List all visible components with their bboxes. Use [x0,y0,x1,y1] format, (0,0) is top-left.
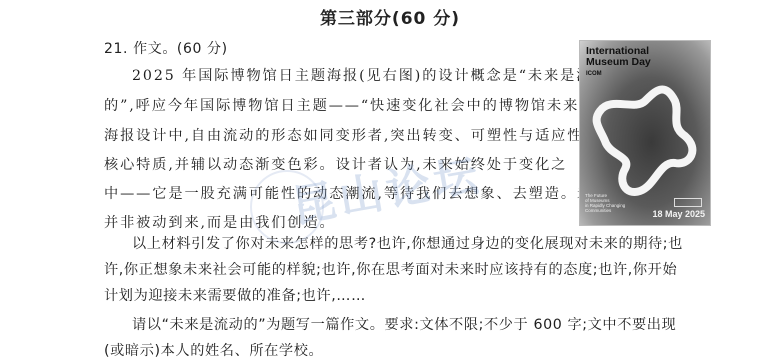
prompt-line: 许,你正想象未来社会可能的样貌;也许,你在思考面对未来时应该持有的态度;也许,你… [104,259,677,279]
poster-title: International Museum Day [586,46,651,68]
prompt-line: 计划为迎接未来需要做的准备;也许,…… [104,285,366,305]
poster-footer: The Future of Museums in Rapidly Changin… [585,193,640,213]
poster-title-line: Museum Day [586,57,651,68]
requirement-line: (或暗示)本人的姓名、所在学校。 [104,340,323,360]
question-number: 21. 作文。(60 分) [104,38,228,58]
poster-date: 18 May 2025 [652,209,705,219]
material-line: 并非被动到来,而是由我们创造。 [104,212,336,232]
material-line: 海报设计中,自由流动的形态如同变形者,突出转变、可塑性与适应性的 [104,125,599,145]
section-title: 第三部分(60 分) [0,4,780,29]
icom-logo: ICOM [586,71,602,77]
requirement-line: 请以“未来是流动的”为题写一篇作文。要求:文体不限;不少于 600 字;文中不要… [132,314,676,334]
material-line: 2025 年国际博物馆日主题海报(见右图)的设计概念是“未来是流动 [132,65,608,85]
poster-footer-line: Communities [585,208,640,213]
museum-day-poster: International Museum Day ICOM The Future… [579,40,711,226]
material-line: 核心特质,并辅以动态渐变色彩。设计者认为,未来始终处于变化之 [104,154,567,174]
material-line: 的”,呼应今年国际博物馆日主题——“快速变化社会中的博物馆未来”。 [104,95,604,115]
prompt-line: 以上材料引发了你对未来怎样的思考?也许,你想通过身边的变化展现对未来的期待;也 [132,233,683,253]
material-line: 中——它是一股充满可能性的动态潮流,等待我们去想象、去塑造。未来 [104,183,609,203]
poster-badge [674,198,702,207]
